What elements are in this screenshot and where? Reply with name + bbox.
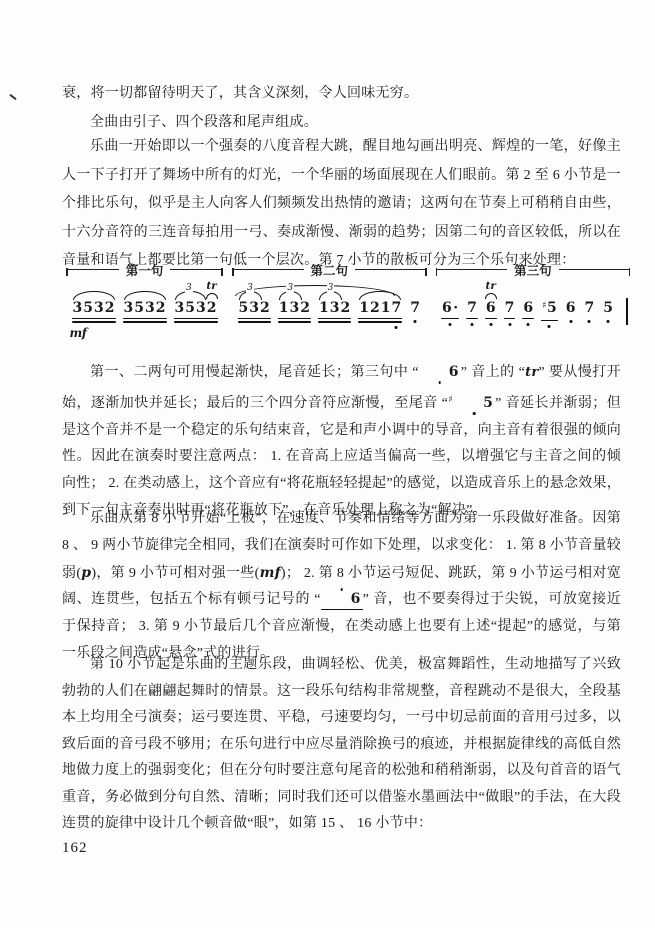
note-group: 6: [522, 300, 534, 319]
bracket-line: [437, 269, 507, 271]
phrase-label: 第一句: [126, 266, 164, 277]
jianpu-digit: 3: [145, 300, 155, 316]
text-run: ” 音上的 “: [461, 365, 525, 380]
beam-underline: [466, 318, 478, 320]
digits-row: 6: [565, 300, 577, 316]
phrase-label: 第二句: [311, 266, 349, 277]
jianpu-digit: 6: [523, 300, 533, 316]
dynamic-p: p: [81, 565, 91, 581]
jianpu-digit: 3: [73, 300, 83, 316]
phrase-label: 第三句: [514, 266, 552, 277]
dynamic-mf: mf: [260, 565, 281, 581]
bracket-tick: [425, 268, 427, 276]
note-group: 6: [565, 300, 577, 316]
trill-symbol: tr: [525, 365, 538, 380]
digits-row: 7: [583, 300, 595, 316]
trill-arc: [485, 293, 497, 299]
digits-row: 132: [278, 300, 311, 316]
digits-row: 532: [238, 300, 271, 316]
score-phrase-1: 第一句3532mf353233532tr: [66, 268, 223, 323]
note-group: 5: [602, 300, 614, 316]
jianpu-digit: 3: [196, 300, 206, 316]
beam-underline: [504, 318, 516, 320]
bracket-line: [355, 269, 425, 271]
jianpu-digit: 2: [156, 300, 166, 316]
phrase-notes-row: 6·76tr76♯5675: [436, 300, 631, 325]
note-group: 7: [466, 300, 478, 319]
bracket-line: [234, 269, 304, 271]
note-group: 7: [409, 300, 421, 316]
note-group: 33532tr: [174, 300, 218, 323]
phrase-bracket: 第三句: [436, 268, 631, 281]
jianpu-digit: 7: [505, 300, 515, 316]
bar-line: [626, 298, 628, 325]
trill-symbol: tr: [206, 281, 216, 291]
paragraph-theme-section: 第 10 小节起是乐曲的主题乐段，曲调轻松、优美，极富舞蹈性，生动地描写了兴致勃…: [62, 652, 621, 838]
jianpu-digit: 2: [260, 300, 270, 316]
slur-arc: [359, 291, 401, 300]
beam-underline: [485, 318, 497, 320]
beam-underline: [358, 318, 402, 320]
note-group: 3532mf: [72, 300, 116, 323]
phrase-notes-row: 35323132313212177: [232, 300, 427, 323]
beam-underline: [318, 321, 351, 323]
beam-underline: [541, 320, 558, 322]
note-group: 7: [583, 300, 595, 316]
sharp-sign: ♯: [542, 301, 546, 311]
bracket-tick: [221, 268, 223, 276]
digits-row: ♯5: [541, 300, 558, 318]
scan-artifact-dashes: [0, 3, 336, 12]
beam-underline: [318, 318, 351, 320]
jianpu-note-sharp5-low: 5: [453, 395, 495, 413]
score-phrase-2: 第二句35323132313212177: [232, 268, 427, 323]
beam-underline: [174, 318, 218, 320]
phrase-bracket: 第二句: [232, 268, 427, 281]
triplet-number: 3: [327, 284, 335, 293]
digits-row: 1217: [358, 300, 402, 316]
jianpu-note-6-staccato: 6: [321, 591, 363, 610]
note-group: 3132: [278, 300, 311, 323]
jianpu-digit: ♯5: [542, 300, 557, 318]
beam-underline: [72, 321, 116, 323]
jianpu-digit: 6tr: [486, 300, 496, 316]
digits-row: 3532: [123, 300, 167, 316]
bracket-line: [559, 269, 629, 271]
music-score: 第一句3532mf353233532tr第二句35323132313212177…: [66, 268, 639, 325]
note-group: ♯5: [541, 300, 558, 321]
jianpu-digit: 5: [83, 300, 93, 316]
triplet-number: 3: [185, 284, 193, 293]
jianpu-digit: 3: [94, 300, 104, 316]
paragraph-bar8-9: 乐曲从第 8 小节开始“上板”，在速度、节奏和情绪等方面为第一乐段做好准备。因第…: [62, 506, 621, 668]
digits-row: 7: [504, 300, 516, 316]
beam-underline: [238, 318, 271, 320]
note-group: 3532: [238, 300, 271, 323]
note-group: 7: [504, 300, 516, 319]
digits-row: 6tr: [485, 300, 497, 316]
jianpu-digit: 7: [467, 300, 477, 316]
bracket-line: [170, 269, 221, 271]
digits-row: 5: [602, 300, 614, 316]
text-run: )，第 9 小节可相对强一些(: [91, 566, 259, 581]
jianpu-digit: 1: [359, 300, 369, 316]
beam-underline: [123, 318, 167, 320]
trill-arc: [206, 293, 218, 299]
scanned-book-page: 衰，将一切都留待明天了，其含义深刻，令人回味无穷。 全曲由引子、四个段落和尾声组…: [0, 0, 655, 928]
jianpu-digit: 2: [370, 300, 380, 316]
note-group: 6tr: [485, 300, 497, 319]
scan-artifact-margin-mark: [9, 94, 17, 101]
dynamic-mf: mf: [70, 326, 87, 340]
slur-arc: [73, 291, 115, 300]
note-group: 1217: [358, 300, 402, 323]
digits-row: 3532: [72, 300, 116, 316]
beam-underline: [174, 321, 218, 323]
page-number: 162: [62, 840, 88, 857]
beam-underline: [72, 318, 116, 320]
digits-row: 6: [522, 300, 534, 316]
jianpu-digit: 3: [249, 300, 259, 316]
digits-row: 132: [318, 300, 351, 316]
digits-row: 6·: [441, 300, 459, 316]
beam-underline: [358, 321, 402, 323]
jianpu-digit: 1: [319, 300, 329, 316]
triplet-number: 3: [246, 284, 254, 293]
jianpu-digit: 3: [175, 300, 185, 316]
jianpu-digit: 1: [381, 300, 391, 316]
slur-arc: [124, 291, 166, 300]
digits-row: 7: [466, 300, 478, 316]
jianpu-digit: 7: [392, 300, 402, 316]
bracket-tick: [629, 268, 631, 276]
triplet-number: 3: [286, 284, 294, 293]
jianpu-digit: 1: [279, 300, 289, 316]
note-group: 3532: [123, 300, 167, 323]
beam-underline: [278, 321, 311, 323]
jianpu-note-6-low: 6: [419, 364, 461, 382]
text-run: ” 音延长并渐弱；但是这个音并不是一个稳定的乐句结束音，它是和声小调中的导音，向…: [62, 396, 621, 518]
note-group: 3132: [318, 300, 351, 323]
paragraph-opening-analysis: 乐曲一开始即以一个强奏的八度音程大跳，醒目地勾画出明亮、辉煌的一笔，好像主人一下…: [62, 133, 621, 276]
jianpu-digit: 6·: [442, 300, 458, 316]
jianpu-digit: 7: [410, 300, 420, 316]
note-group: 6·: [441, 300, 459, 319]
jianpu-digit: 2: [341, 300, 351, 316]
bracket-line: [68, 269, 119, 271]
jianpu-digit: 5: [185, 300, 195, 316]
jianpu-digit: 3: [124, 300, 134, 316]
jianpu-digit: 6: [566, 300, 576, 316]
jianpu-digit: 5: [603, 300, 613, 316]
jianpu-digit: 7: [584, 300, 594, 316]
beam-underline: [522, 318, 534, 320]
beam-underline: [238, 321, 271, 323]
jianpu-digit: 2: [105, 300, 115, 316]
phrase-notes-row: 3532mf353233532tr: [66, 300, 223, 323]
beam-underline: [123, 321, 167, 323]
beam-underline: [441, 318, 459, 320]
jianpu-digit: 3: [290, 300, 300, 316]
jianpu-digit: 2: [300, 300, 310, 316]
jianpu-digit: 2tr: [207, 300, 217, 316]
score-phrase-3: 第三句6·76tr76♯5675: [436, 268, 631, 325]
paragraph-continuation: 衰，将一切都留待明天了，其含义深刻，令人回味无穷。: [62, 80, 621, 109]
jianpu-digit: 5: [239, 300, 249, 316]
text-run: 第一、二两句可用慢起渐快，尾音延长；第三句中 “: [90, 365, 419, 380]
jianpu-digit: 3: [330, 300, 340, 316]
beam-underline: [278, 318, 311, 320]
jianpu-digit: 5: [134, 300, 144, 316]
trill-symbol: tr: [486, 281, 496, 291]
augmentation-dot: ·: [453, 300, 458, 316]
digits-row: 7: [409, 300, 421, 316]
digits-row: 3532tr: [174, 300, 218, 316]
phrase-bracket: 第一句: [66, 268, 223, 281]
paragraph-phrase-handling: 第一、二两句可用慢起渐快，尾音延长；第三句中 “6” 音上的 “tr” 要从慢打…: [62, 360, 621, 525]
